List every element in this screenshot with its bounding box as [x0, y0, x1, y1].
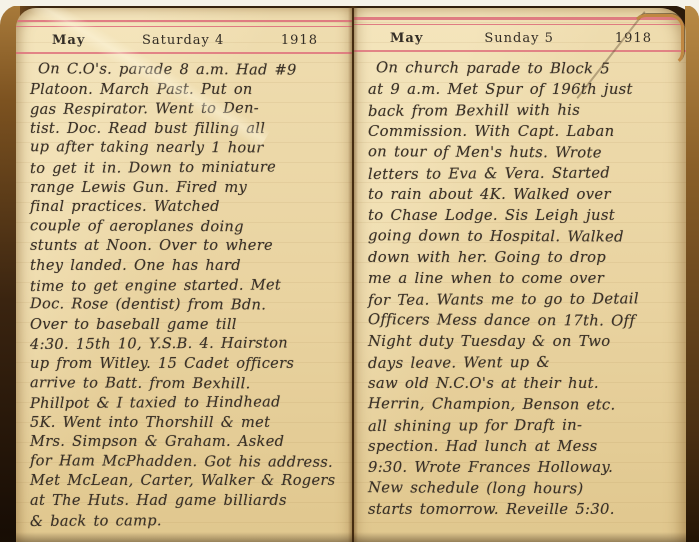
year-label: 1918 [281, 33, 318, 48]
diary-line: to rain about 4K. Walked over [368, 184, 682, 205]
diary-line: saw old N.C.O's at their hut. [368, 373, 682, 394]
diary-line: Over to baseball game till [30, 315, 348, 335]
pencil-loop [632, 14, 684, 66]
diary-line: at The Huts. Had game billiards [30, 491, 348, 511]
diary-photo: May Saturday 4 1918 On C.O's. parade 8 a… [0, 0, 699, 542]
diary-line: to Chase Lodge. Sis Leigh just [368, 205, 682, 226]
diary-line: letters to Eva & Vera. Started [368, 162, 682, 185]
diary-line: 9:30. Wrote Frances Holloway. [368, 457, 682, 478]
diary-line: time to get engine started. Met [30, 275, 348, 297]
photo-background-strip [0, 0, 699, 6]
month-label: May [52, 33, 85, 48]
diary-line: all shining up for Draft in- [368, 414, 682, 437]
left-page: May Saturday 4 1918 On C.O's. parade 8 a… [16, 8, 352, 542]
page-header: May Saturday 4 1918 [16, 27, 352, 52]
diary-line: starts tomorrow. Reveille 5:30. [368, 499, 682, 520]
bottom-shadow [0, 532, 699, 542]
diary-line: going down to Hospital. Walked [368, 225, 682, 248]
diary-line: On C.O's. parade 8 a.m. Had #9 [30, 59, 348, 80]
diary-line: arrive to Batt. from Bexhill. [30, 373, 348, 394]
day-label: Sunday 5 [484, 31, 553, 46]
diary-line: final practices. Watched [30, 197, 348, 217]
diary-line: Doc. Rose (dentist) from Bdn. [30, 294, 348, 315]
diary-line: to get it in. Down to miniature [30, 157, 348, 179]
diary-line: on tour of Men's huts. Wrote [368, 141, 682, 164]
gutter-shadow [348, 5, 358, 542]
diary-line: Commission. With Capt. Laban [368, 121, 682, 142]
diary-line: spection. Had lunch at Mess [368, 436, 682, 457]
day-label: Saturday 4 [142, 33, 224, 48]
month-label: May [390, 31, 423, 46]
diary-line: Herrin, Champion, Benson etc. [368, 393, 682, 416]
diary-line: Night duty Tuesday & on Two [368, 331, 682, 352]
diary-line: couple of aeroplanes doing [30, 216, 348, 237]
diary-line: up after taking nearly 1 hour [30, 138, 348, 159]
diary-line: gas Respirator. Went to Den- [30, 98, 348, 120]
diary-line: Phillpot & I taxied to Hindhead [30, 392, 348, 414]
diary-line: Officers Mess dance on 17th. Off [368, 309, 682, 332]
page-edge-right [685, 5, 699, 542]
diary-line: 4:30. 15th 10, Y.S.B. 4. Hairston [30, 333, 348, 355]
diary-text: On church parade to Block 5at 9 a.m. Met… [354, 52, 686, 520]
header-rule-bottom [16, 52, 352, 54]
diary-line: stunts at Noon. Over to where [30, 236, 348, 256]
diary-line: 5K. Went into Thorshill & met [30, 413, 348, 433]
diary-line: back from Bexhill with his [368, 99, 682, 122]
diary-line: days leave. Went up & [368, 351, 682, 374]
diary-line: Platoon. March Past. Put on [30, 80, 348, 100]
header-rule-top [16, 20, 352, 27]
diary-line: & back to camp. [30, 510, 348, 532]
diary-line: tist. Doc. Read bust filling all [30, 119, 348, 139]
diary-line: for Ham McPhadden. Got his address. [30, 451, 348, 472]
diary-line: up from Witley. 15 Cadet officers [30, 354, 348, 374]
diary-line: they landed. One has hard [30, 256, 348, 276]
diary-line: down with her. Going to drop [368, 247, 682, 268]
diary-line: Mrs. Simpson & Graham. Asked [30, 432, 348, 452]
diary-line: at 9 a.m. Met Spur of 196th just [368, 79, 682, 100]
right-page: May Sunday 5 1918 On church parade to Bl… [354, 8, 686, 542]
diary-line: New schedule (long hours) [368, 477, 682, 500]
diary-text: On C.O's. parade 8 a.m. Had #9Platoon. M… [16, 54, 352, 530]
diary-line: Met McLean, Carter, Walker & Rogers [30, 471, 348, 491]
diary-line: for Tea. Wants me to go to Detail [368, 288, 682, 311]
diary-line: me a line when to come over [368, 268, 682, 289]
diary-line: range Lewis Gun. Fired my [30, 178, 348, 198]
